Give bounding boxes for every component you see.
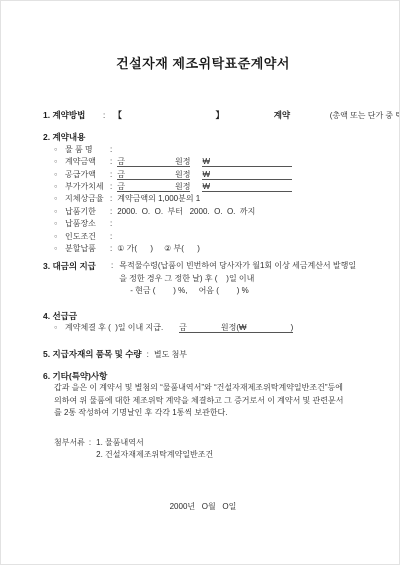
supply-amount-row: ○공급가액:금원정₩ <box>43 169 363 181</box>
method-bracket-close: 】 <box>215 109 271 121</box>
payment-heading: 3. 대금의 지급 <box>43 260 105 297</box>
circle-bullet-icon: ○ <box>54 169 65 181</box>
colon-separator: : <box>103 111 105 120</box>
contract-method-heading: 1. 계약방법 <box>43 109 99 121</box>
attachments-list: 1. 물품내역서 2. 건설자재제조위탁계약일반조건 <box>96 437 213 462</box>
vat-row: ○부가가치세:금원정₩ <box>43 181 363 193</box>
circle-bullet-icon: ○ <box>54 218 65 230</box>
amount-blank-numeric: ₩ <box>202 182 292 192</box>
advance-payment-row: ○계약체결 후 ( )일 이내 지급.금원정(₩) <box>43 322 363 334</box>
field-label: 인도조건 <box>65 231 107 243</box>
supplied-materials-heading: 5. 지급자재의 품목 및 수량 <box>43 349 142 359</box>
attachments-row: 첨부서류: 1. 물품내역서 2. 건설자재제조위탁계약일반조건 <box>54 437 363 462</box>
partial-delivery-row: ○분할납품:① 가( ) ② 부( ) <box>43 243 363 255</box>
advance-payment-heading: 4. 선급금 <box>43 310 363 322</box>
amount-blank-won-text: 금원정 <box>117 157 190 167</box>
field-label: 분할납품 <box>65 243 107 255</box>
circle-bullet-icon: ○ <box>54 181 65 193</box>
contract-details-section: ○물 품 명: ○계약금액:금원정₩ ○공급가액:금원정₩ ○부가가치세:금원정… <box>43 144 363 256</box>
special-terms-text: 갑과 을은 이 계약서 및 별첨의 “물품내역서”와 “건설자재제조위탁계약일반… <box>54 382 366 419</box>
supplied-materials-row: 5. 지급자재의 품목 및 수량:별도 첨부 <box>43 348 363 361</box>
method-note: (총액 또는 단가 중 택일) <box>330 111 400 120</box>
field-value: 계약금액의 1,000분의 1 <box>117 194 200 203</box>
advance-amount-blank: 금원정(₩) <box>179 323 293 333</box>
product-name-row: ○물 품 명: <box>43 144 363 156</box>
amount-blank-numeric: ₩ <box>202 170 292 180</box>
attachments-label: 첨부서류 <box>54 437 85 462</box>
payment-terms-text: 목적물수령(납품이 빈번하여 당사자가 월1회 이상 세금계산서 발행일 을 정… <box>119 260 363 297</box>
field-label: 납품기한 <box>65 206 107 218</box>
won-sign: ₩ <box>202 157 210 166</box>
contract-details-heading: 2. 계약내용 <box>43 131 363 143</box>
circle-bullet-icon: ○ <box>54 144 65 156</box>
won-sign: ₩ <box>202 182 210 191</box>
circle-bullet-icon: ○ <box>54 193 65 205</box>
circle-bullet-icon: ○ <box>54 231 65 243</box>
document-title: 건설자재 제조위탁표준계약서 <box>43 56 363 72</box>
cash-note-ratio: - 현금 ( ) %, 어음 ( ) % <box>130 285 363 297</box>
contract-method-row: 1. 계약방법: 【】 계약(총액 또는 단가 중 택일) <box>43 109 363 122</box>
document-date: 2000년 O월 O일 <box>43 501 363 513</box>
attachment-item: 1. 물품내역서 <box>96 437 213 449</box>
delay-penalty-row: ○지체상금율:계약금액의 1,000분의 1 <box>43 193 363 205</box>
field-label: 납품장소 <box>65 218 107 230</box>
field-label: 공급가액 <box>65 169 107 181</box>
amount-blank-numeric: ₩ <box>202 157 292 167</box>
field-label: 부가가치세 <box>65 181 107 193</box>
method-bracket-open: 【 <box>113 109 169 121</box>
field-label: 물 품 명 <box>65 144 107 156</box>
advance-payment-text: 계약체결 후 ( )일 이내 지급. <box>65 323 163 332</box>
supplied-materials-value: 별도 첨부 <box>154 350 187 359</box>
payment-section: 3. 대금의 지급: 목적물수령(납품이 빈번하여 당사자가 월1회 이상 세금… <box>43 260 363 297</box>
circle-bullet-icon: ○ <box>54 322 65 334</box>
delivery-deadline-row: ○납품기한:2000. O. O. 부터 2000. O. O. 까지 <box>43 206 363 218</box>
field-value: 2000. O. O. 부터 2000. O. O. 까지 <box>117 207 255 216</box>
field-value: ① 가( ) ② 부( ) <box>117 244 200 253</box>
circle-bullet-icon: ○ <box>54 243 65 255</box>
contract-amount-row: ○계약금액:금원정₩ <box>43 156 363 168</box>
attachment-item: 2. 건설자재제조위탁계약일반조건 <box>96 449 213 461</box>
circle-bullet-icon: ○ <box>54 156 65 168</box>
field-label: 지체상금율 <box>65 193 107 205</box>
amount-blank-won-text: 금원정 <box>117 182 190 192</box>
method-keyword: 계약 <box>274 109 330 121</box>
delivery-place-row: ○납품장소: <box>43 218 363 230</box>
contract-document: 건설자재 제조위탁표준계약서 1. 계약방법: 【】 계약(총액 또는 단가 중… <box>0 0 400 565</box>
circle-bullet-icon: ○ <box>54 206 65 218</box>
special-terms-heading: 6. 기타(특약)사항 <box>43 370 363 382</box>
field-label: 계약금액 <box>65 156 107 168</box>
delivery-terms-row: ○인도조건: <box>43 231 363 243</box>
amount-blank-won-text: 금원정 <box>117 170 190 180</box>
won-sign: ₩ <box>202 170 210 179</box>
